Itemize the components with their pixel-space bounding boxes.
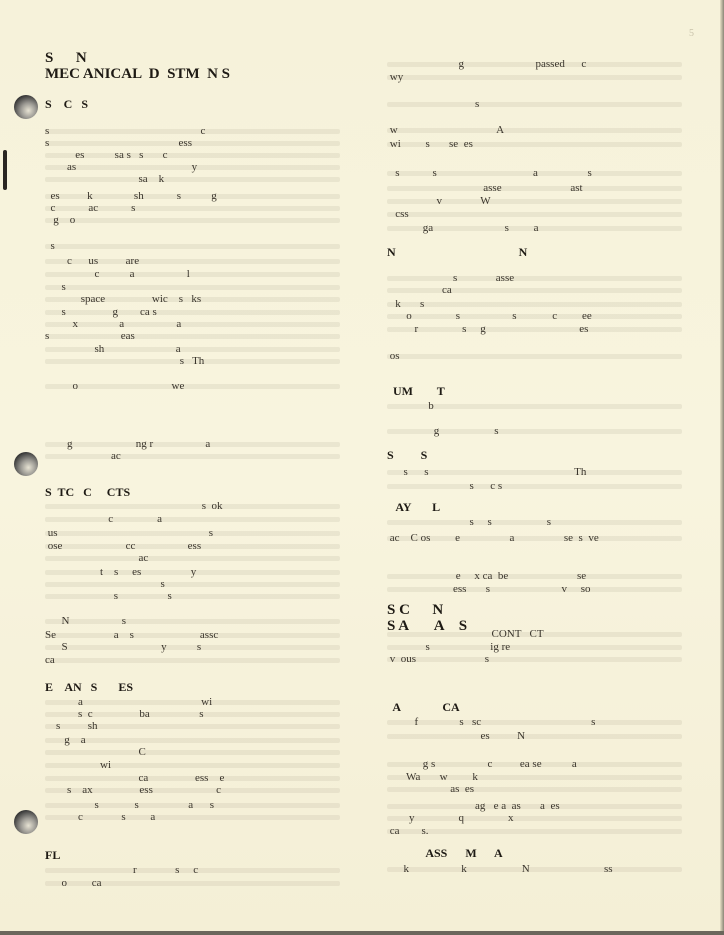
text-fragment: es k sh s g	[45, 190, 217, 202]
text-fragment: s	[45, 240, 55, 252]
section-title: MEC ANICAL D STM N S	[45, 66, 230, 83]
text-fragment: s eas	[45, 330, 135, 342]
text-fragment: css	[387, 208, 409, 220]
text-line: s ax ess c	[45, 784, 221, 796]
text-line: r s g es	[387, 323, 588, 335]
text-fragment: asse ast	[387, 182, 583, 194]
text-line: s g ca s	[45, 306, 157, 318]
text-line: space wic s ks	[45, 293, 201, 305]
text-fragment: s ax ess c	[45, 784, 221, 796]
heading-7: A CA	[387, 700, 460, 714]
heading-2: S TC C CTS	[45, 485, 130, 499]
text-fragment: s asse	[387, 272, 514, 284]
text-line: s c	[45, 125, 205, 137]
text-fragment: a wi	[45, 696, 212, 708]
text-line: y q x	[387, 812, 514, 824]
text-fragment: s	[387, 98, 479, 110]
text-fragment: s s s	[387, 516, 551, 528]
text-line: ac	[45, 552, 148, 564]
text-fragment: r s c	[45, 864, 198, 876]
text-fragment: os	[387, 350, 400, 362]
text-fragment: ac C os e a se s ve	[387, 532, 599, 544]
text-line: v ous s	[387, 653, 489, 665]
text-line: s	[45, 240, 55, 252]
text-fragment: ca ess e	[45, 772, 224, 784]
text-fragment: Se a s assc	[45, 629, 218, 641]
text-line: es sa s s c	[45, 149, 168, 161]
text-fragment: ag e a as a es	[387, 800, 560, 812]
text-fragment: wi	[45, 759, 111, 771]
text-fragment: s ess	[45, 137, 192, 149]
text-fragment: wi s se es	[387, 138, 473, 150]
heading-1: S C S	[45, 97, 88, 111]
text-line: s s	[45, 590, 172, 602]
text-line: Wa w k	[387, 771, 478, 783]
text-line: e x ca be se	[387, 570, 586, 582]
text-line: g passed c	[387, 58, 586, 70]
text-line: x a a	[45, 318, 181, 330]
text-line: c a l	[45, 268, 190, 280]
text-line: g ng r a	[45, 438, 210, 450]
text-fragment: us s	[45, 527, 213, 539]
text-line: s	[45, 281, 66, 293]
text-line: ag e a as a es	[387, 800, 560, 812]
text-fragment: f s sc s	[387, 716, 595, 728]
text-line: s sh	[45, 720, 98, 732]
text-line: k k N ss	[387, 863, 613, 875]
text-fragment: v W	[387, 195, 491, 207]
text-fragment: g ng r a	[45, 438, 210, 450]
text-line: s c s	[387, 480, 502, 492]
text-line: c s a	[45, 811, 155, 823]
punch-hole-middle	[14, 452, 38, 476]
text-line: g a	[45, 734, 86, 746]
text-fragment: s c	[45, 125, 205, 137]
text-line: ess s v so	[387, 583, 591, 595]
text-fragment: ca	[45, 654, 55, 666]
heading-4: AY L	[387, 500, 440, 514]
text-fragment: s s	[45, 590, 172, 602]
text-fragment: s s a s	[45, 799, 214, 811]
faded-text	[387, 829, 682, 834]
text-line: CONT CT	[387, 628, 544, 640]
text-fragment: wy	[387, 71, 403, 83]
text-line: f s sc s	[387, 716, 595, 728]
text-line: s ok	[45, 500, 223, 512]
heading-2: UM T	[387, 384, 445, 398]
text-line: g s	[387, 425, 499, 437]
faded-text	[387, 354, 682, 359]
text-line: S y s	[45, 641, 201, 653]
faded-text	[45, 738, 340, 743]
text-fragment: s ok	[45, 500, 223, 512]
heading-1: N N	[387, 245, 527, 259]
text-fragment: c a l	[45, 268, 190, 280]
text-line: s s Th	[387, 466, 586, 478]
text-line: w A	[387, 124, 504, 136]
text-fragment: as y	[45, 161, 197, 173]
text-fragment: g passed c	[387, 58, 586, 70]
text-fragment: o ca	[45, 877, 102, 889]
text-line: s ig re	[387, 641, 510, 653]
text-line: o we	[45, 380, 184, 392]
text-fragment: c s a	[45, 811, 155, 823]
text-fragment: CONT CT	[387, 628, 544, 640]
text-line: b	[387, 400, 434, 412]
heading-5: S C N	[387, 602, 443, 619]
text-line: os	[387, 350, 400, 362]
text-line: ca s.	[387, 825, 429, 837]
text-fragment: c ac s	[45, 202, 135, 214]
text-line: wi s se es	[387, 138, 473, 150]
text-line: c us are	[45, 255, 139, 267]
text-line: sh a	[45, 343, 181, 355]
text-line: ac C os e a se s ve	[387, 532, 599, 544]
text-fragment: k k N ss	[387, 863, 613, 875]
text-line: ca	[387, 284, 452, 296]
text-fragment: v ous s	[387, 653, 489, 665]
text-line: s Th	[45, 355, 204, 367]
text-fragment: s	[45, 281, 66, 293]
text-fragment: c us are	[45, 255, 139, 267]
text-fragment: N s	[45, 615, 126, 627]
heading-3: S S	[387, 448, 427, 462]
text-fragment: s g ca s	[45, 306, 157, 318]
text-fragment: ga s a	[387, 222, 539, 234]
text-line: s eas	[45, 330, 135, 342]
text-line: ga s a	[387, 222, 539, 234]
text-fragment: ose cc ess	[45, 540, 201, 552]
text-fragment: y q x	[387, 812, 514, 824]
text-fragment: s c s	[387, 480, 502, 492]
text-fragment: t s es y	[45, 566, 196, 578]
text-fragment: w A	[387, 124, 504, 136]
section-label: S N	[45, 50, 87, 67]
text-fragment: ac	[45, 450, 121, 462]
faded-text	[45, 218, 340, 223]
faded-text	[45, 658, 340, 663]
text-fragment: b	[387, 400, 434, 412]
text-line: us s	[45, 527, 213, 539]
faded-text	[387, 302, 682, 307]
text-fragment: space wic s ks	[45, 293, 201, 305]
text-line: o ca	[45, 877, 102, 889]
text-line: r s c	[45, 864, 198, 876]
faded-text	[387, 75, 682, 80]
text-fragment: e x ca be se	[387, 570, 586, 582]
text-fragment: C	[45, 746, 146, 758]
text-line: N s	[45, 615, 126, 627]
text-line: s asse	[387, 272, 514, 284]
text-fragment: S y s	[45, 641, 201, 653]
text-fragment: ca s.	[387, 825, 429, 837]
text-line: s s s	[387, 516, 551, 528]
text-line: wi	[45, 759, 111, 771]
text-line: s s a s	[387, 167, 592, 179]
punch-hole-bottom	[14, 810, 38, 834]
text-fragment: as es	[387, 783, 474, 795]
text-fragment: s sh	[45, 720, 98, 732]
punch-hole-top	[14, 95, 38, 119]
text-line: o s s c ee	[387, 310, 592, 322]
text-line: g o	[45, 214, 75, 226]
faded-text	[387, 212, 682, 217]
text-fragment: o we	[45, 380, 184, 392]
text-fragment: k s	[387, 298, 424, 310]
text-line: s c ba s	[45, 708, 204, 720]
text-line: css	[387, 208, 409, 220]
text-line: es N	[387, 730, 525, 742]
text-fragment: x a a	[45, 318, 181, 330]
text-fragment: g s c ea se a	[387, 758, 577, 770]
faded-text	[45, 285, 340, 290]
text-line: a wi	[45, 696, 212, 708]
text-fragment: ac	[45, 552, 148, 564]
text-line: s s a s	[45, 799, 214, 811]
text-fragment: ess s v so	[387, 583, 591, 595]
text-line: s ess	[45, 137, 192, 149]
binder-mark	[3, 150, 7, 190]
text-line: es k sh s g	[45, 190, 217, 202]
text-line: v W	[387, 195, 491, 207]
text-fragment: s s a s	[387, 167, 592, 179]
text-fragment: sa k	[45, 173, 164, 185]
text-fragment: es N	[387, 730, 525, 742]
heading-8: ASS M A	[387, 846, 503, 860]
text-line: t s es y	[45, 566, 196, 578]
page-bottom-edge	[0, 931, 724, 935]
text-line: c ac s	[45, 202, 135, 214]
heading-4: FL	[45, 848, 60, 862]
text-fragment: s Th	[45, 355, 204, 367]
text-fragment: Wa w k	[387, 771, 478, 783]
text-line: ca	[45, 654, 55, 666]
text-fragment: ca	[387, 284, 452, 296]
text-fragment: o s s c ee	[387, 310, 592, 322]
faded-text	[45, 244, 340, 249]
text-line: ac	[45, 450, 121, 462]
text-line: ose cc ess	[45, 540, 201, 552]
text-fragment: s s Th	[387, 466, 586, 478]
text-fragment: sh a	[45, 343, 181, 355]
text-line: asse ast	[387, 182, 583, 194]
text-line: s	[45, 578, 165, 590]
text-fragment: g s	[387, 425, 499, 437]
text-line: Se a s assc	[45, 629, 218, 641]
text-line: g s c ea se a	[387, 758, 577, 770]
heading-3: E AN S ES	[45, 680, 133, 694]
text-fragment: c a	[45, 513, 162, 525]
text-line: c a	[45, 513, 162, 525]
text-line: C	[45, 746, 146, 758]
text-fragment: g a	[45, 734, 86, 746]
text-fragment: r s g es	[387, 323, 588, 335]
text-line: s	[387, 98, 479, 110]
text-fragment: s c ba s	[45, 708, 204, 720]
text-line: as y	[45, 161, 197, 173]
text-fragment: es sa s s c	[45, 149, 168, 161]
text-fragment: s ig re	[387, 641, 510, 653]
page-number: 5	[689, 28, 694, 39]
text-fragment: g o	[45, 214, 75, 226]
text-line: k s	[387, 298, 424, 310]
text-fragment: s	[45, 578, 165, 590]
text-line: wy	[387, 71, 403, 83]
text-line: sa k	[45, 173, 164, 185]
text-line: as es	[387, 783, 474, 795]
text-line: ca ess e	[45, 772, 224, 784]
page-edge-shadow	[720, 0, 724, 935]
